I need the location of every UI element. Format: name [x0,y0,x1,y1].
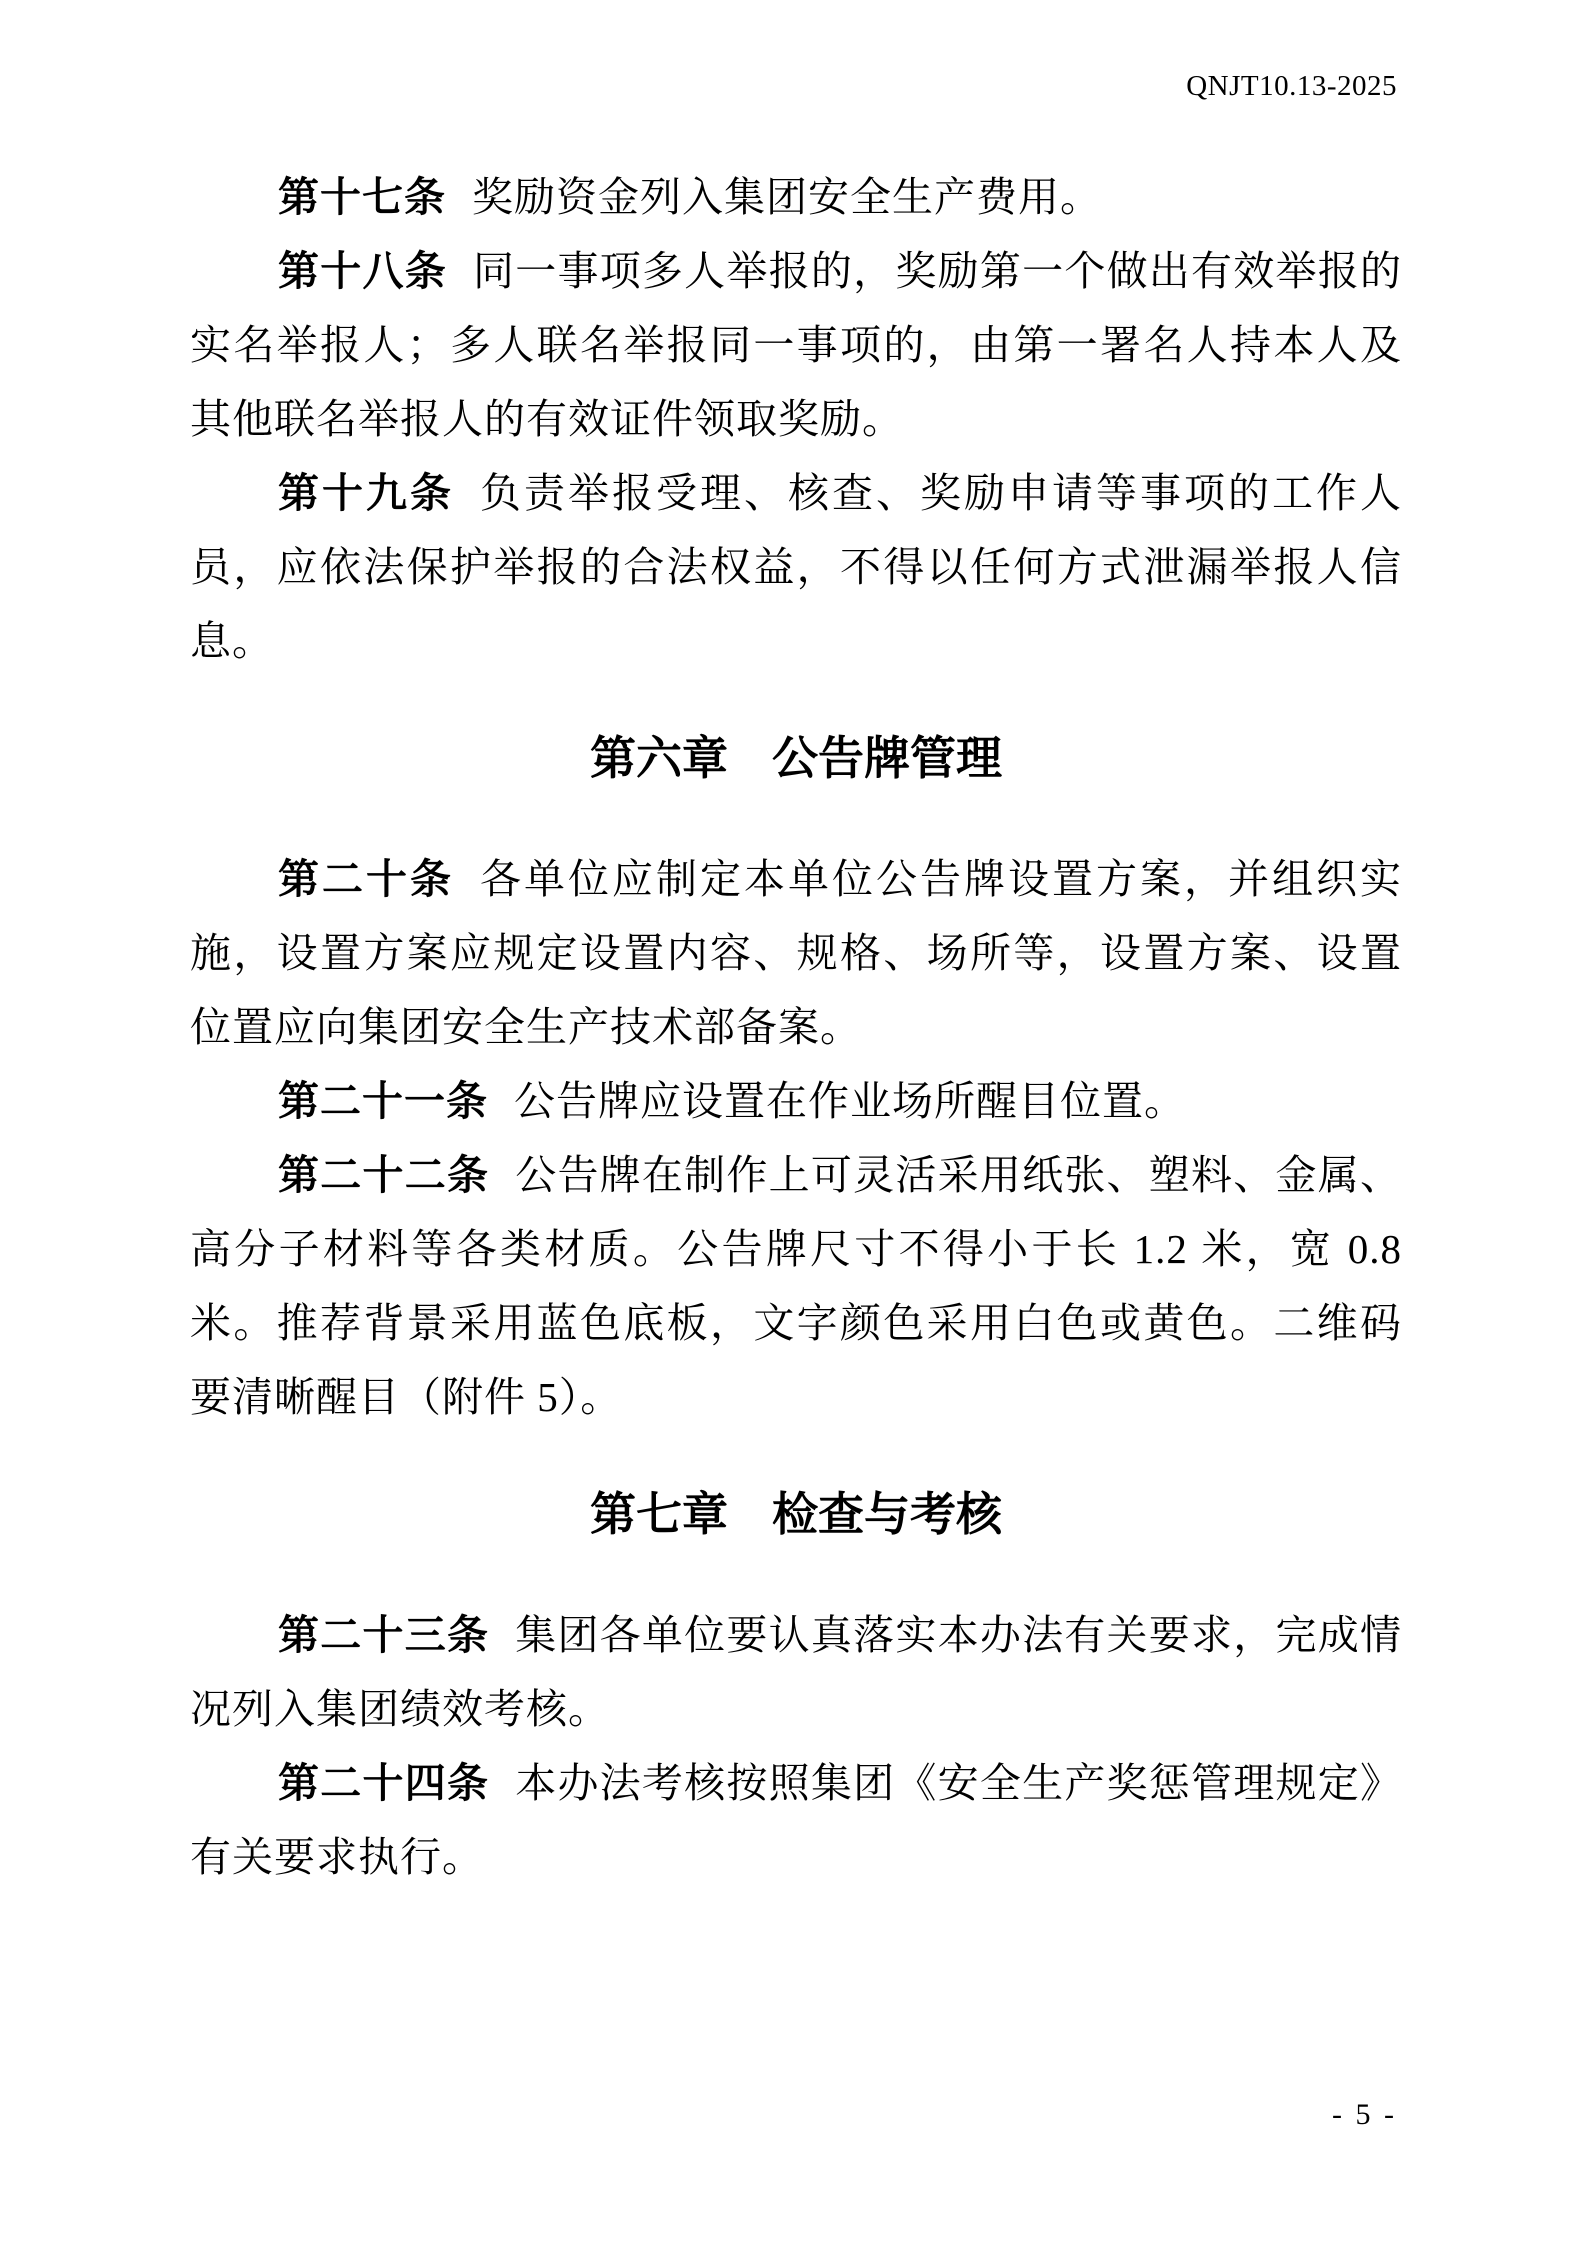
article-text: 公告牌应设置在作业场所醒目位置。 [514,1078,1186,1124]
article-number: 第二十条 [278,856,454,902]
article-paragraph: 第二十一条公告牌应设置在作业场所醒目位置。 [190,1064,1402,1138]
chapter-title: 检查与考核 [772,1489,1002,1540]
article-paragraph: 第十七条奖励资金列入集团安全生产费用。 [190,160,1402,234]
article-number: 第二十一条 [278,1078,488,1124]
article-number: 第十七条 [278,174,446,220]
chapter-heading: 第七章检查与考核 [190,1478,1402,1552]
article-paragraph: 第十八条同一事项多人举报的，奖励第一个做出有效举报的实名举报人；多人联名举报同一… [190,234,1402,456]
chapter-number: 第六章 [590,733,728,784]
article-number: 第十八条 [278,248,447,294]
chapter-number: 第七章 [590,1489,728,1540]
chapter-title: 公告牌管理 [772,733,1002,784]
article-paragraph: 第二十二条公告牌在制作上可灵活采用纸张、塑料、金属、高分子材料等各类材质。公告牌… [190,1138,1402,1434]
page-number: - 5 - [1332,2098,1397,2132]
article-number: 第十九条 [278,470,454,516]
article-paragraph: 第十九条负责举报受理、核查、奖励申请等事项的工作人员，应依法保护举报的合法权益，… [190,456,1402,678]
article-paragraph: 第二十四条本办法考核按照集团《安全生产奖惩管理规定》有关要求执行。 [190,1746,1402,1894]
chapter-heading: 第六章公告牌管理 [190,722,1402,796]
document-body: 第十七条奖励资金列入集团安全生产费用。第十八条同一事项多人举报的，奖励第一个做出… [190,160,1402,1894]
article-number: 第二十三条 [278,1612,489,1658]
article-paragraph: 第二十条各单位应制定本单位公告牌设置方案，并组织实施，设置方案应规定设置内容、规… [190,842,1402,1064]
article-paragraph: 第二十三条集团各单位要认真落实本办法有关要求，完成情况列入集团绩效考核。 [190,1598,1402,1746]
article-number: 第二十二条 [278,1152,489,1198]
article-text: 奖励资金列入集团安全生产费用。 [472,174,1102,220]
document-page: QNJT10.13-2025 第十七条奖励资金列入集团安全生产费用。第十八条同一… [0,0,1587,2245]
article-number: 第二十四条 [278,1760,489,1806]
document-code: QNJT10.13-2025 [1186,70,1397,103]
